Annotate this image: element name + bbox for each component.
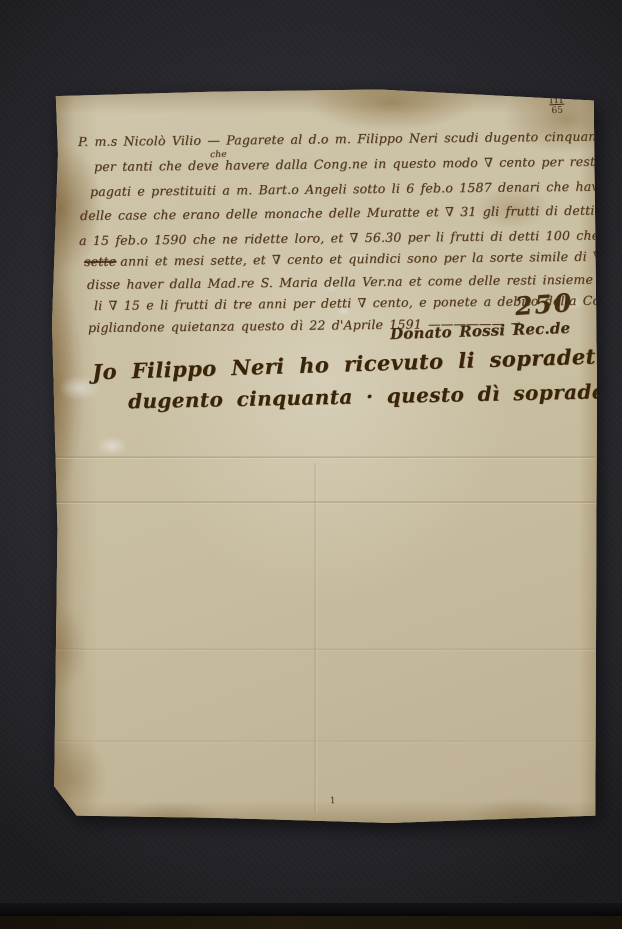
manuscript-line: pagati e prestituiti a m. Bart.o Angeli … [90, 177, 622, 199]
archival-number: III 65 [543, 95, 570, 116]
fold-crease [54, 740, 595, 743]
fold-crease [54, 501, 595, 504]
struck-word: sette [84, 254, 116, 269]
fold-crease-vertical [314, 463, 317, 813]
fold-crease [54, 648, 595, 651]
mat-edge [0, 903, 622, 916]
folio-mark: 1 [330, 796, 335, 805]
manuscript-line: setteanni et mesi sette, et ∇ cento et q… [84, 248, 622, 269]
manuscript-line: a 15 feb.o 1590 che ne ridette loro, et … [79, 226, 622, 248]
table-surface [0, 916, 622, 929]
manuscript-line: per tanti che deve havere dalla Cong.ne … [94, 153, 622, 174]
manuscript-page: III 65 P. m.s Nicolò Vilio — Pagarete al… [52, 88, 597, 823]
line-text: anni et mesi sette, et ∇ cento et quindi… [120, 248, 622, 269]
manuscript-line: delle case che erano delle monache delle… [80, 202, 622, 223]
amount-figure: 250 [514, 288, 574, 321]
receipt-line: dugento cinquanta · questo dì sopradetto [128, 379, 622, 414]
manuscript-line: P. m.s Nicolò Vilio — Pagarete al d.o m.… [78, 127, 622, 149]
photo-backdrop: III 65 P. m.s Nicolò Vilio — Pagarete al… [0, 0, 622, 929]
manuscript: III 65 P. m.s Nicolò Vilio — Pagarete al… [52, 88, 597, 823]
receipt-line: Jo Filippo Neri ho ricevuto li sopradett… [92, 341, 622, 385]
fold-crease [54, 456, 595, 459]
archival-number-bottom: 65 [544, 106, 570, 117]
manuscript-line: disse haver dalla Mad.re S. Maria della … [87, 270, 622, 292]
